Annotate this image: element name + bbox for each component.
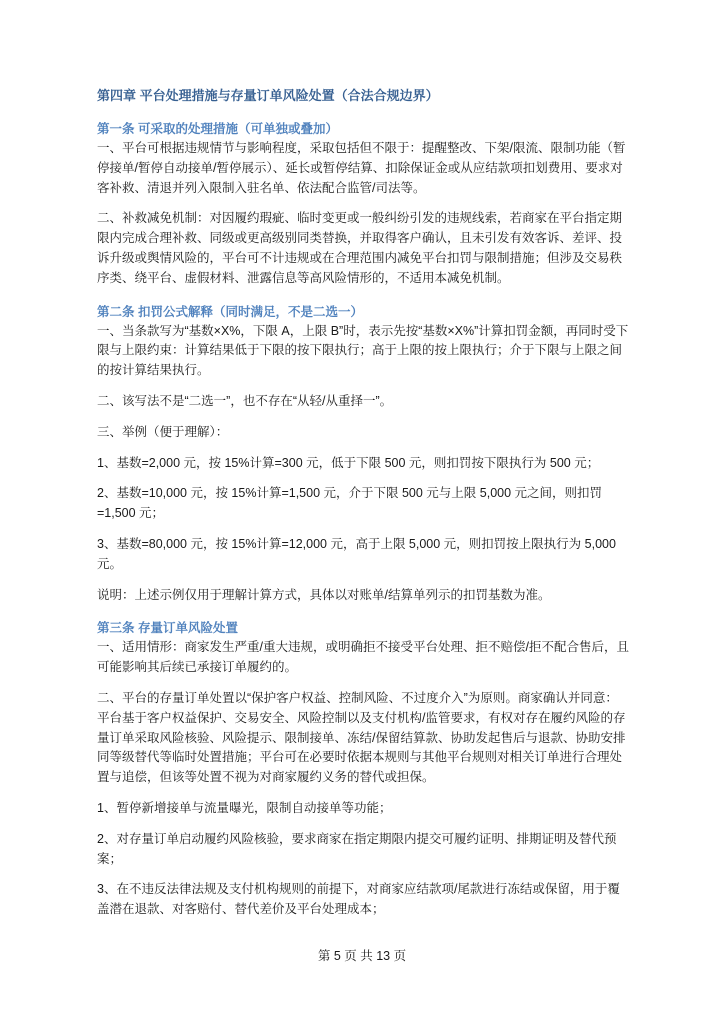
paragraph: 一、当条款写为“基数×X%，下限 A，上限 B”时，表示先按“基数×X%”计算扣… (97, 322, 630, 381)
paragraph-example-3: 3、基数=80,000 元，按 15%计算=12,000 元，高于上限 5,00… (97, 535, 630, 575)
section-2-heading: 第二条 扣罚公式解释（同时满足，不是二选一） (97, 302, 630, 322)
paragraph: 二、平台的存量订单处置以“保护客户权益、控制风险、不过度介入”为原则。商家确认并… (97, 689, 630, 788)
paragraph: 二、补救减免机制：对因履约瑕疵、临时变更或一般纠纷引发的违规线索，若商家在平台指… (97, 209, 630, 288)
paragraph: 二、该写法不是“二选一”，也不存在“从轻/从重择一”。 (97, 392, 630, 412)
section-3-heading: 第三条 存量订单风险处置 (97, 618, 630, 638)
paragraph-note: 说明：上述示例仅用于理解计算方式，具体以对账单/结算单列示的扣罚基数为准。 (97, 586, 630, 606)
section-1-heading: 第一条 可采取的处理措施（可单独或叠加） (97, 119, 630, 139)
paragraph-item-1: 1、暂停新增接单与流量曝光，限制自动接单等功能； (97, 799, 630, 819)
chapter-heading: 第四章 平台处理措施与存量订单风险处置（合法合规边界） (97, 86, 630, 106)
document-page: 第四章 平台处理措施与存量订单风险处置（合法合规边界） 第一条 可采取的处理措施… (97, 86, 630, 920)
paragraph: 一、平台可根据违规情节与影响程度，采取包括但不限于：提醒整改、下架/限流、限制功… (97, 139, 630, 198)
page-footer: 第 5 页 共 13 页 (0, 946, 724, 966)
paragraph: 三、举例（便于理解）： (97, 423, 630, 443)
section-penalty-formula: 第二条 扣罚公式解释（同时满足，不是二选一） 一、当条款写为“基数×X%，下限 … (97, 302, 630, 606)
section-existing-orders: 第三条 存量订单风险处置 一、适用情形：商家发生严重/重大违规，或明确拒不接受平… (97, 618, 630, 920)
section-measures: 第一条 可采取的处理措施（可单独或叠加） 一、平台可根据违规情节与影响程度，采取… (97, 119, 630, 289)
paragraph: 一、适用情形：商家发生严重/重大违规，或明确拒不接受平台处理、拒不赔偿/拒不配合… (97, 638, 630, 678)
paragraph-example-2: 2、基数=10,000 元，按 15%计算=1,500 元，介于下限 500 元… (97, 484, 630, 524)
paragraph-example-1: 1、基数=2,000 元，按 15%计算=300 元，低于下限 500 元，则扣… (97, 454, 630, 474)
paragraph-item-2: 2、对存量订单启动履约风险核验，要求商家在指定期限内提交可履约证明、排期证明及替… (97, 830, 630, 870)
paragraph-item-3: 3、在不违反法律法规及支付机构规则的前提下，对商家应结款项/尾款进行冻结或保留，… (97, 880, 630, 920)
